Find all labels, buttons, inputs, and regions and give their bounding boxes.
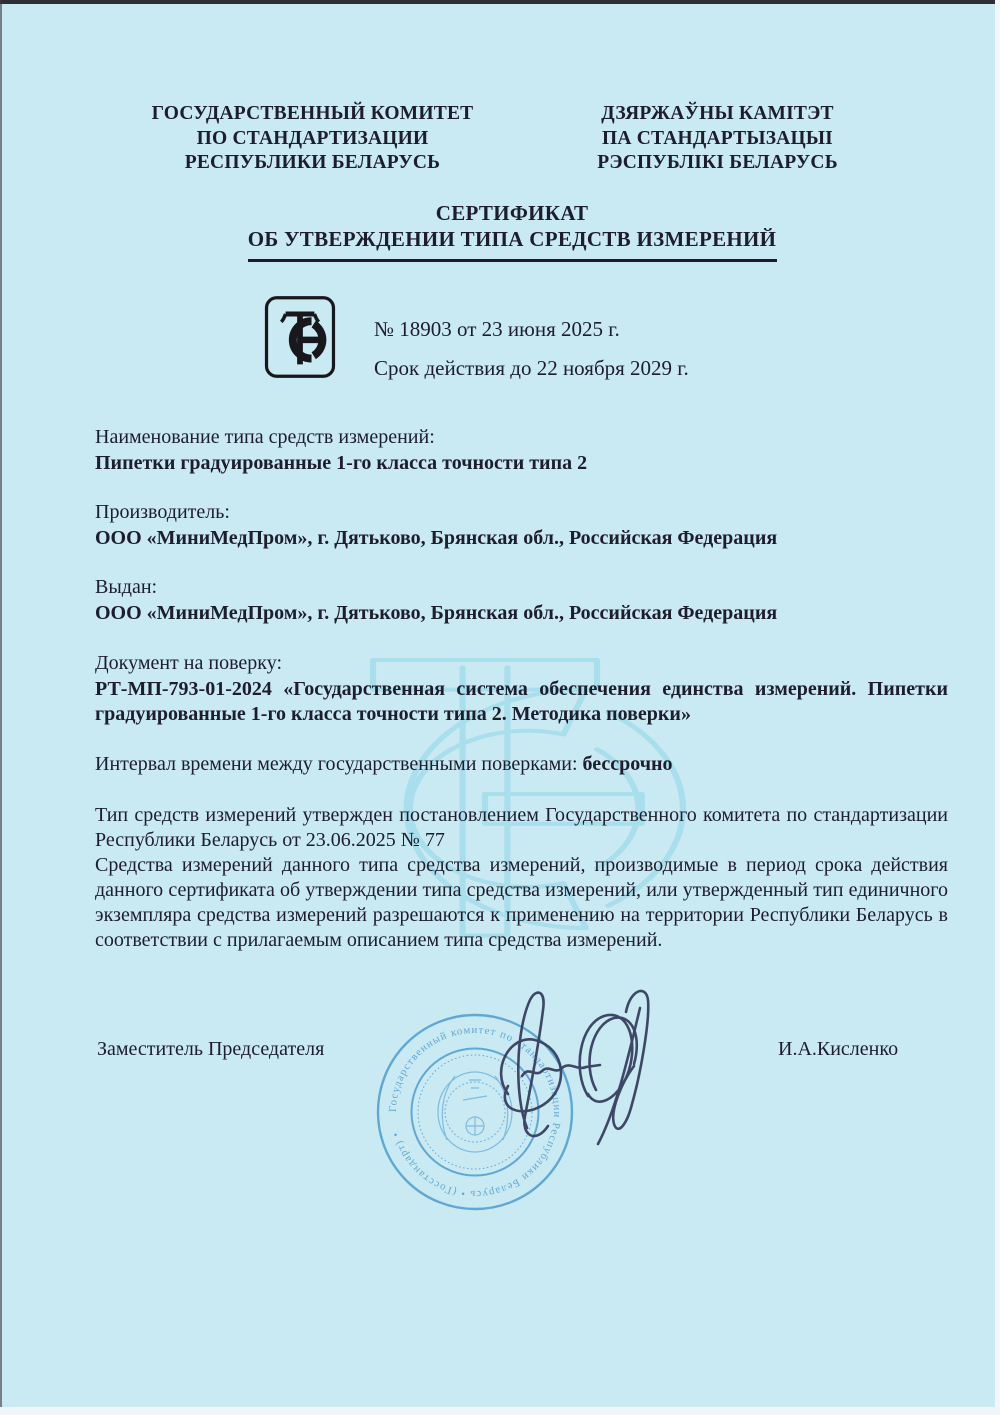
document-title-line1: СЕРТИФИКАТ <box>100 201 924 227</box>
issuer-by-line3: РЭСПУБЛІКІ БЕЛАРУСЬ <box>555 151 880 176</box>
certificate-validity: Срок действия до 22 ноября 2029 г. <box>374 356 689 381</box>
manufacturer-value: ООО «МиниМедПром», г. Дятьково, Брянская… <box>95 527 777 550</box>
issuer-ru-line1: ГОСУДАРСТВЕННЫЙ КОМИТЕТ <box>130 102 495 127</box>
scan-edge-bottom <box>0 1407 1000 1415</box>
manufacturer-label: Производитель: <box>95 501 230 524</box>
issuer-header-by: ДЗЯРЖАЎНЫ КАМІТЭТ ПА СТАНДАРТЫЗАЦЫІ РЭСП… <box>555 102 880 176</box>
signer-position-title: Заместитель Председателя <box>97 1038 324 1061</box>
certificate-page: ГОСУДАРСТВЕННЫЙ КОМИТЕТ ПО СТАНДАРТИЗАЦИ… <box>0 0 1000 1415</box>
verification-doc-value: РТ-МП-793-01-2024 «Государственная систе… <box>95 677 948 727</box>
signer-name: И.А.Кисленко <box>778 1038 898 1061</box>
issuer-ru-line3: РЕСПУБЛИКИ БЕЛАРУСЬ <box>130 151 495 176</box>
issued-to-value: ООО «МиниМедПром», г. Дятьково, Брянская… <box>95 602 777 625</box>
type-name-value: Пипетки градуированные 1-го класса точно… <box>95 452 587 475</box>
certificate-number: № 18903 от 23 июня 2025 г. <box>374 317 620 342</box>
scan-edge-top <box>0 0 1000 4</box>
approval-paragraph: Тип средств измерений утвержден постанов… <box>95 803 948 853</box>
issuer-header-ru: ГОСУДАРСТВЕННЫЙ КОМИТЕТ ПО СТАНДАРТИЗАЦИ… <box>130 102 495 176</box>
stb-logo-icon <box>264 295 336 379</box>
scan-edge-left <box>0 0 2 1415</box>
handwritten-signature <box>480 978 655 1158</box>
verification-doc-label: Документ на поверку: <box>95 652 282 675</box>
verification-interval-line: Интервал времени между государственными … <box>95 753 673 776</box>
scan-edge-right <box>995 0 1000 1415</box>
terms-paragraph: Средства измерений данного типа средства… <box>95 853 948 953</box>
verification-interval-value: бессрочно <box>583 753 673 775</box>
issuer-by-line2: ПА СТАНДАРТЫЗАЦЫІ <box>555 127 880 152</box>
verification-interval-label: Интервал времени между государственными … <box>95 753 578 775</box>
issued-to-label: Выдан: <box>95 576 157 599</box>
document-title-line2: ОБ УТВЕРЖДЕНИИ ТИПА СРЕДСТВ ИЗМЕРЕНИЙ <box>100 227 924 253</box>
document-title: СЕРТИФИКАТ ОБ УТВЕРЖДЕНИИ ТИПА СРЕДСТВ И… <box>100 201 924 252</box>
issuer-by-line1: ДЗЯРЖАЎНЫ КАМІТЭТ <box>555 102 880 127</box>
issuer-ru-line2: ПО СТАНДАРТИЗАЦИИ <box>130 127 495 152</box>
title-underline <box>248 259 777 262</box>
type-name-label: Наименование типа средств измерений: <box>95 426 435 449</box>
